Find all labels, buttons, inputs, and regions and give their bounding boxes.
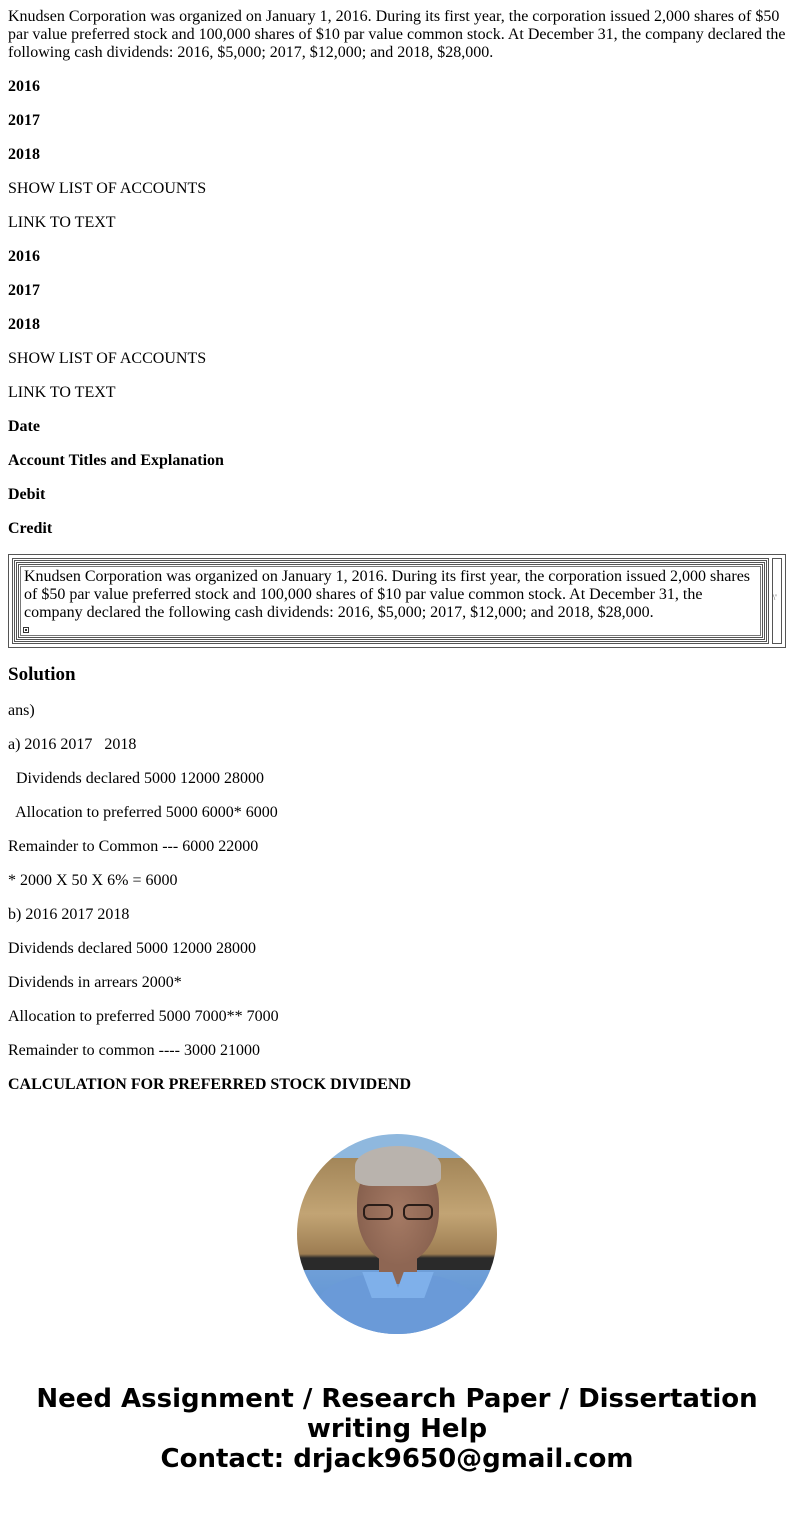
header-credit: Credit xyxy=(8,520,786,538)
calculation-heading: CALCULATION FOR PREFERRED STOCK DIVIDEND xyxy=(8,1076,786,1094)
solution-line: Allocation to preferred 5000 7000** 7000 xyxy=(8,1008,786,1026)
year-heading-2017-b: 2017 xyxy=(8,282,786,300)
solution-line: Allocation to preferred 5000 6000* 6000 xyxy=(8,804,786,822)
year-heading-2018: 2018 xyxy=(8,146,786,164)
solution-line: Dividends in arrears 2000* xyxy=(8,974,786,992)
solution-line: Dividends declared 5000 12000 28000 xyxy=(8,770,786,788)
solution-line: Remainder to common ---- 3000 21000 xyxy=(8,1042,786,1060)
question-text: Knudsen Corporation was organized on Jan… xyxy=(8,8,786,62)
frame-side-panel[interactable]: \' xyxy=(772,558,782,644)
solution-line: Remainder to Common --- 6000 22000 xyxy=(8,838,786,856)
header-account-titles: Account Titles and Explanation xyxy=(8,452,786,470)
solution-heading: Solution xyxy=(8,664,786,686)
solution-line: a) 2016 2017 2018 xyxy=(8,736,786,754)
solution-line: * 2000 X 50 X 6% = 6000 xyxy=(8,872,786,890)
show-list-of-accounts-link-b[interactable]: SHOW LIST OF ACCOUNTS xyxy=(8,350,786,368)
frame-text-area[interactable]: Knudsen Corporation was organized on Jan… xyxy=(20,566,761,636)
solution-line: Dividends declared 5000 12000 28000 xyxy=(8,940,786,958)
year-heading-2017: 2017 xyxy=(8,112,786,130)
author-avatar xyxy=(297,1134,497,1334)
promo-line-1: Need Assignment / Research Paper / Disse… xyxy=(8,1384,786,1414)
glasses xyxy=(363,1204,433,1222)
year-heading-2016: 2016 xyxy=(8,78,786,96)
promo-contact: Contact: drjack9650@gmail.com xyxy=(8,1444,786,1474)
header-debit: Debit xyxy=(8,486,786,504)
embedded-frame: Knudsen Corporation was organized on Jan… xyxy=(8,554,786,648)
page: Knudsen Corporation was organized on Jan… xyxy=(0,0,794,1494)
broken-image-icon xyxy=(23,627,29,633)
frame-question-text: Knudsen Corporation was organized on Jan… xyxy=(24,568,750,621)
year-heading-2018-b: 2018 xyxy=(8,316,786,334)
promo-line-2: writing Help xyxy=(8,1414,786,1444)
frame-main: Knudsen Corporation was organized on Jan… xyxy=(12,558,769,644)
frame-side-glyph: \' xyxy=(773,594,777,602)
solution-line: b) 2016 2017 2018 xyxy=(8,906,786,924)
year-heading-2016-b: 2016 xyxy=(8,248,786,266)
link-to-text-b[interactable]: LINK TO TEXT xyxy=(8,384,786,402)
link-to-text[interactable]: LINK TO TEXT xyxy=(8,214,786,232)
promo-banner: Need Assignment / Research Paper / Disse… xyxy=(8,1384,786,1494)
show-list-of-accounts-link[interactable]: SHOW LIST OF ACCOUNTS xyxy=(8,180,786,198)
avatar-container xyxy=(8,1134,786,1334)
header-date: Date xyxy=(8,418,786,436)
solution-line: ans) xyxy=(8,702,786,720)
